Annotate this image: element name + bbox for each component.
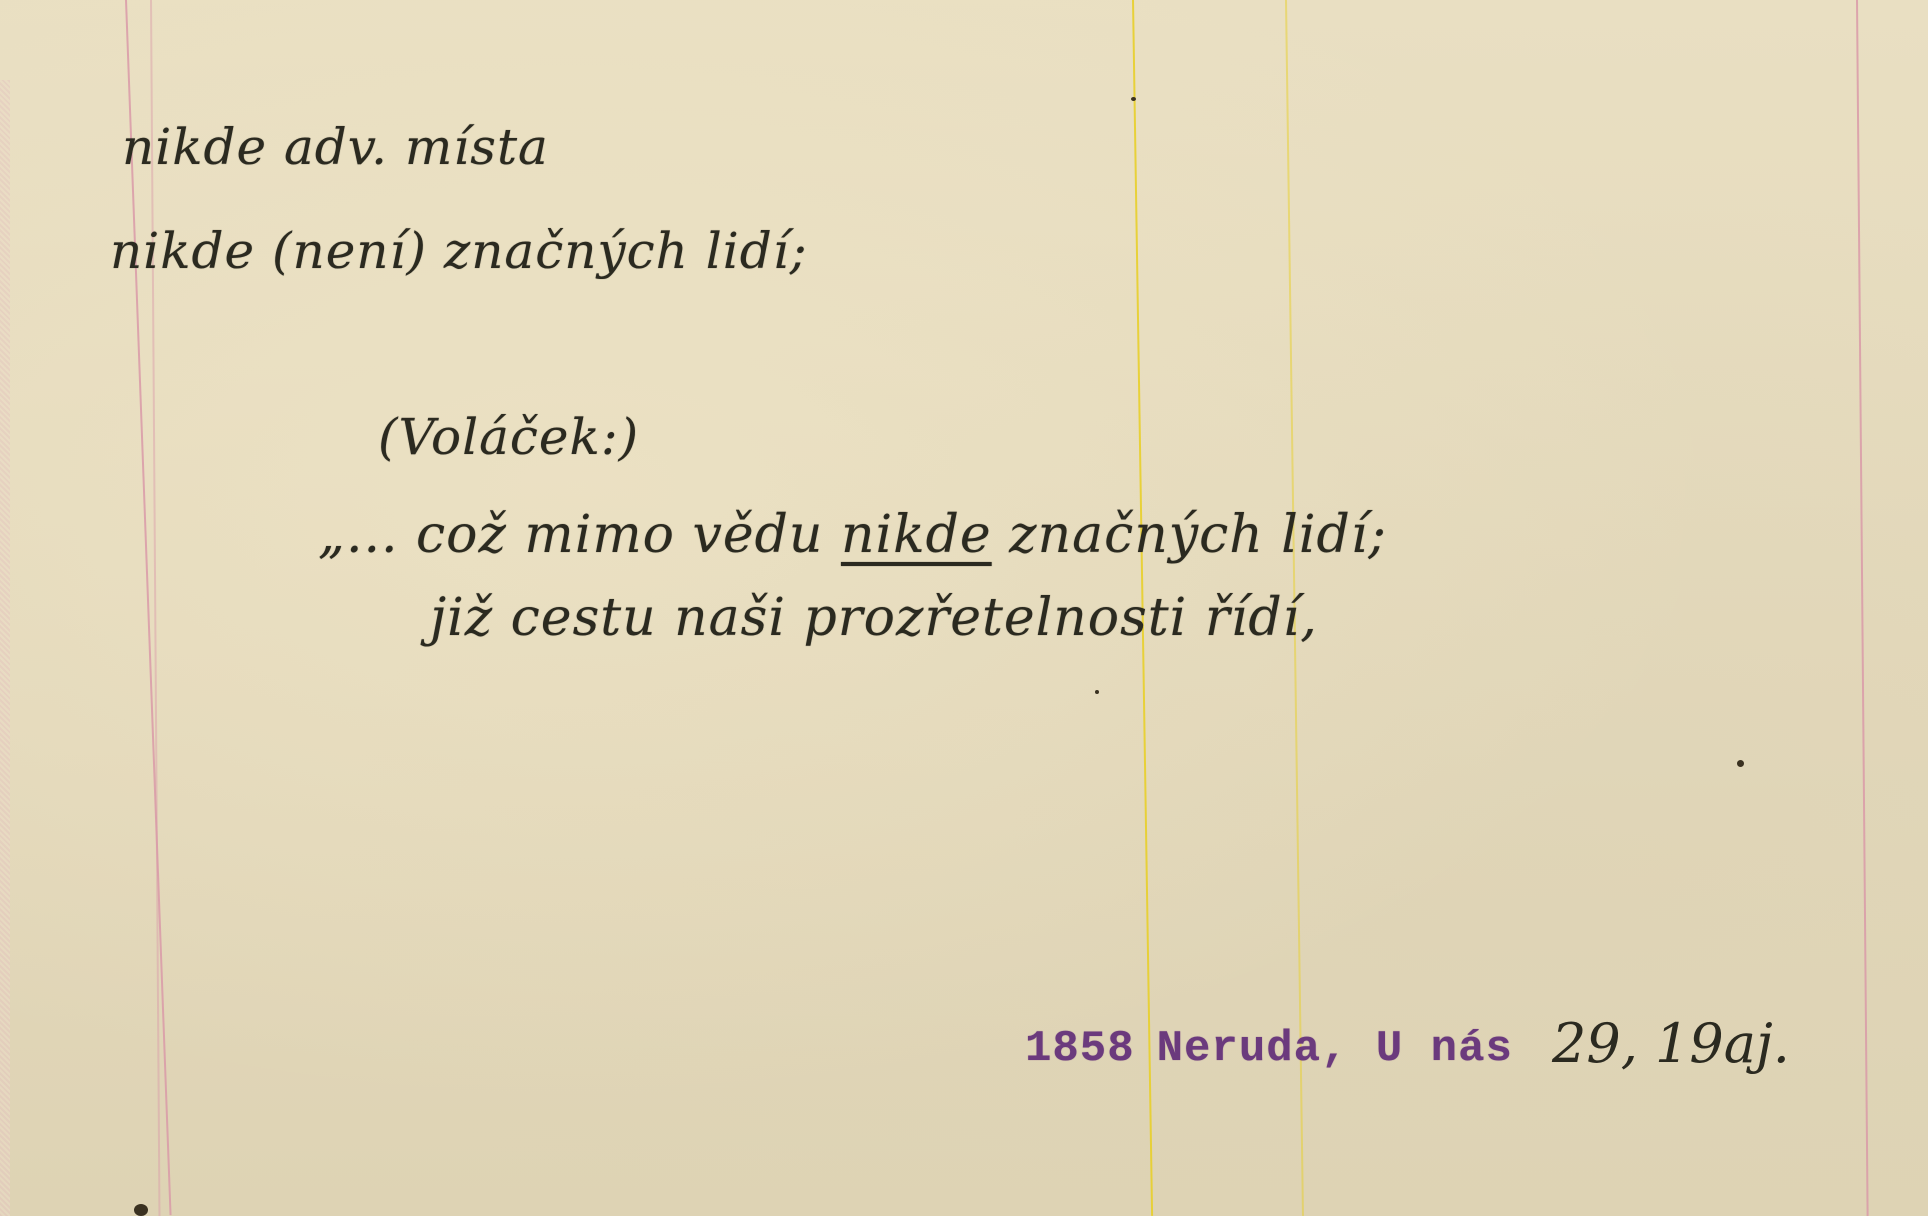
citation-stamp: 1858Neruda, U nás xyxy=(1025,1024,1513,1074)
margin-rule-left xyxy=(125,0,172,1215)
quote-suffix: značných lidí; xyxy=(992,505,1387,565)
quote-emphasis-underlined: nikde xyxy=(841,505,992,565)
quote-prefix: „... což mimo vědu xyxy=(318,505,841,565)
usage-line: nikde (není) značných lidí; xyxy=(110,222,808,280)
ink-blot xyxy=(134,1204,148,1216)
margin-rule-left-inner xyxy=(150,0,160,1216)
ink-speck xyxy=(1095,690,1099,694)
stamp-year: 1858 xyxy=(1025,1024,1135,1074)
stamp-author-work: Neruda, U nás xyxy=(1157,1024,1513,1074)
card-edge xyxy=(0,80,10,1216)
handwritten-reference: 29, 19aj. xyxy=(1552,1012,1790,1075)
ink-speck xyxy=(1737,760,1744,767)
ink-speck xyxy=(1131,97,1136,101)
headword-line: nikde adv. místa xyxy=(122,118,549,176)
source-note: (Voláček:) xyxy=(378,408,639,466)
margin-rule-right xyxy=(1856,0,1869,1216)
quote-line-1: „... což mimo vědu nikde značných lidí; xyxy=(318,505,1387,565)
index-card: nikde adv. místa nikde (není) značných l… xyxy=(0,0,1928,1216)
quote-line-2: již cestu naši prozřetelnosti řídí, xyxy=(430,588,1318,648)
